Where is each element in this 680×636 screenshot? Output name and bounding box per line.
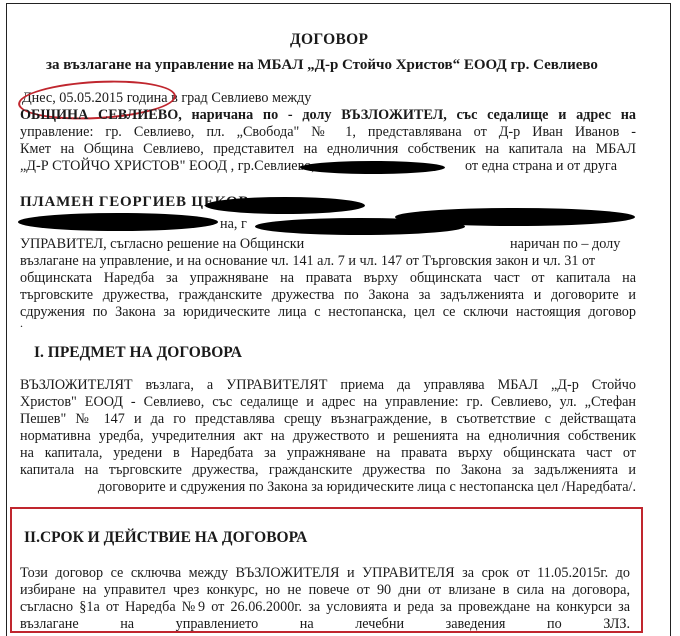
section-1-line: Христов" ЕООД - Севлиево, със седалище и… [20,394,636,410]
stray-dot: . [20,316,23,331]
section-2-line: съгласно §1а от Наредба №9 от 26.06.2000… [20,599,630,615]
party-line-3: общинската Наредба за упражняване на пра… [20,270,636,286]
section-1-line: ВЪЗЛОЖИТЕЛЯТ възлага, а УПРАВИТЕЛЯТ прие… [20,377,636,393]
party-line-4: търговските дружества, гражданските друж… [20,287,636,303]
intro-line-2: управление: гр. Севлиево, пл. „Свобода" … [20,124,636,140]
section-2-heading: II.СРОК И ДЕЙСТВИЕ НА ДОГОВОРА [24,530,307,546]
party-line-1: УПРАВИТЕЛ, съгласно решение на Общински [20,236,304,252]
document-title: ДОГОВОР [290,32,368,48]
party-line-5: сдружения по Закона за юридическите лица… [20,304,636,320]
section-1-line: на капитала, уредени в Наредбата за упра… [20,445,636,461]
party-line-1-end: наричан по – долу [510,236,620,252]
section-2-line: възлагане на управлението на лечебни зав… [20,616,630,632]
redaction-mark [205,197,365,214]
intro-line-4-end: от една страна и от друга [465,158,617,174]
redaction-mark [18,213,218,231]
document-subtitle: за възлагане на управление на МБАЛ „Д-р … [46,57,598,73]
redaction-mark [395,208,635,226]
section-1-line: договорите и сдружения по Закона за юрид… [20,479,636,495]
section-1-line: капитала на търговските дружества, гражд… [20,462,636,478]
redaction-mark [300,161,445,174]
section-2-line: избиране на управител чрез конкурс, но н… [20,582,630,598]
party-line-2: възлагане на управление, и на основание … [20,253,595,269]
intro-line-3: Кмет на Община Севлиево, представител на… [20,141,636,157]
section-2-line: Този договор се сключва между ВЪЗЛОЖИТЕЛ… [20,565,630,581]
party-fragment: на, г [220,216,247,232]
section-1-line: нормативна уредба, учредителния акт на д… [20,428,636,444]
section-1-line: Пешев" № 147 и да го представлява срещу … [20,411,636,427]
intro-text: ОБЩИНА СЕВЛИЕВО, наричана по - долу ВЪЗЛ… [20,107,636,123]
section-1-heading: I. ПРЕДМЕТ НА ДОГОВОРА [34,345,242,361]
intro-line-4: „Д-Р СТОЙЧО ХРИСТОВ" ЕООД , гр.Севлиево, [20,158,315,174]
intro-line-1: ОБЩИНА СЕВЛИЕВО, наричана по - долу ВЪЗЛ… [20,107,636,123]
